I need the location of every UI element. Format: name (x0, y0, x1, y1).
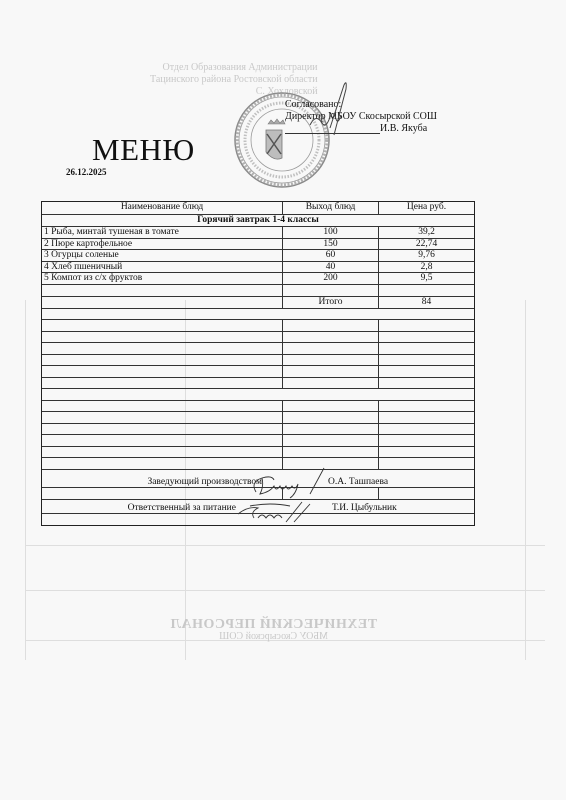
empty-row (42, 513, 474, 525)
empty-cell (42, 285, 282, 296)
header-dish-name: Наименование блюд (42, 202, 282, 214)
total-label: Итого (282, 297, 378, 308)
empty-cell (42, 332, 282, 343)
signature-row-production: Заведующий производством О.А. Ташпаева (42, 469, 474, 487)
empty-cell (282, 366, 378, 377)
empty-cell (282, 355, 378, 366)
menu-date: 26.12.2025 (66, 167, 107, 177)
approval-label: Согласовано: (285, 99, 437, 111)
bleed-heading: ТЕХНИЧЕСКИЙ ПЕРСОНАЛ (170, 619, 377, 631)
empty-cell (282, 285, 378, 296)
table-row: 4 Хлеб пшеничный 40 2,8 (42, 261, 474, 273)
empty-cell (42, 320, 282, 331)
table-header-row: Наименование блюд Выход блюд Цена руб. (42, 202, 474, 214)
empty-cell (378, 412, 474, 423)
dish-name: 4 Хлеб пшеничный (42, 262, 282, 273)
menu-table: Наименование блюд Выход блюд Цена руб. Г… (41, 201, 475, 526)
empty-cell (282, 447, 378, 458)
empty-row (42, 365, 474, 377)
empty-cell (378, 320, 474, 331)
empty-cell (282, 378, 378, 389)
empty-cell (378, 366, 474, 377)
empty-cell (378, 488, 474, 499)
page-title: МЕНЮ (92, 132, 195, 168)
total-value: 84 (378, 297, 474, 308)
approval-position: Директор МБОУ Скосырской СОШ (285, 111, 437, 123)
dish-yield: 60 (282, 250, 378, 261)
dish-yield: 40 (282, 262, 378, 273)
empty-row (42, 284, 474, 296)
empty-cell (282, 424, 378, 435)
dish-name: 2 Пюре картофельное (42, 239, 282, 250)
approval-block: Согласовано: Директор МБОУ Скосырской СО… (285, 99, 437, 135)
bleed-subheading: МБОУ Скосырской СОШ (170, 631, 377, 643)
bleed-through-section: ТЕХНИЧЕСКИЙ ПЕРСОНАЛ МБОУ Скосырской СОШ (170, 619, 377, 643)
empty-row (42, 308, 474, 320)
empty-cell (378, 435, 474, 446)
signature-row-nutrition: Ответственный за питание Т.И. Цыбульник (42, 499, 474, 513)
dish-price: 9,5 (378, 273, 474, 284)
empty-cell (42, 412, 282, 423)
empty-row (42, 354, 474, 366)
table-row: 3 Огурцы соленые 60 9,76 (42, 249, 474, 261)
empty-cell (378, 424, 474, 435)
empty-cell (42, 378, 282, 389)
empty-cell (282, 458, 378, 469)
empty-row (42, 400, 474, 412)
empty-cell (42, 458, 282, 469)
empty-cell (42, 488, 282, 499)
section-title: Горячий завтрак 1-4 классы (42, 215, 474, 226)
empty-cell (282, 435, 378, 446)
dish-yield: 150 (282, 239, 378, 250)
dish-price: 2,8 (378, 262, 474, 273)
header-price: Цена руб. (378, 202, 474, 214)
dish-name: 1 Рыба, минтай тушеная в томате (42, 227, 282, 238)
table-row: 1 Рыба, минтай тушеная в томате 100 39,2 (42, 226, 474, 238)
bleed-line: Отдел Образования Администрации (150, 62, 318, 74)
dish-price: 39,2 (378, 227, 474, 238)
empty-cell (42, 401, 282, 412)
empty-cell (282, 332, 378, 343)
empty-cell (378, 285, 474, 296)
empty-row (42, 487, 474, 499)
empty-cell (378, 332, 474, 343)
empty-cell (42, 435, 282, 446)
empty-cell (282, 320, 378, 331)
empty-cell (42, 424, 282, 435)
empty-cell (42, 309, 474, 320)
empty-cell (282, 488, 378, 499)
empty-cell (378, 458, 474, 469)
empty-cell (42, 389, 474, 400)
total-row: Итого 84 (42, 296, 474, 308)
dish-name: 3 Огурцы соленые (42, 250, 282, 261)
dish-yield: 200 (282, 273, 378, 284)
empty-row (42, 434, 474, 446)
dish-name: 5 Компот из с/х фруктов (42, 273, 282, 284)
empty-cell (378, 343, 474, 354)
empty-cell (42, 297, 282, 308)
empty-cell (282, 401, 378, 412)
empty-cell (378, 447, 474, 458)
document-page: Отдел Образования Администрации Тацинско… (0, 0, 566, 800)
empty-cell (378, 378, 474, 389)
empty-row (42, 411, 474, 423)
dish-price: 9,76 (378, 250, 474, 261)
empty-row (42, 319, 474, 331)
empty-cell (42, 514, 474, 525)
dish-yield: 100 (282, 227, 378, 238)
empty-row (42, 446, 474, 458)
signature-line (285, 133, 380, 134)
empty-cell (282, 343, 378, 354)
empty-cell (42, 447, 282, 458)
empty-row (42, 342, 474, 354)
empty-cell (282, 412, 378, 423)
empty-row (42, 388, 474, 400)
empty-row (42, 423, 474, 435)
empty-cell (378, 401, 474, 412)
empty-row (42, 331, 474, 343)
empty-row (42, 457, 474, 469)
empty-cell (42, 343, 282, 354)
empty-cell (42, 366, 282, 377)
table-row: 2 Пюре картофельное 150 22,74 (42, 238, 474, 250)
header-yield: Выход блюд (282, 202, 378, 214)
empty-cell (378, 355, 474, 366)
section-row: Горячий завтрак 1-4 классы (42, 214, 474, 226)
empty-cell (42, 355, 282, 366)
empty-row (42, 377, 474, 389)
bleed-line: Тацинского района Ростовской области (150, 74, 318, 86)
table-row: 5 Компот из с/х фруктов 200 9,5 (42, 272, 474, 284)
dish-price: 22,74 (378, 239, 474, 250)
